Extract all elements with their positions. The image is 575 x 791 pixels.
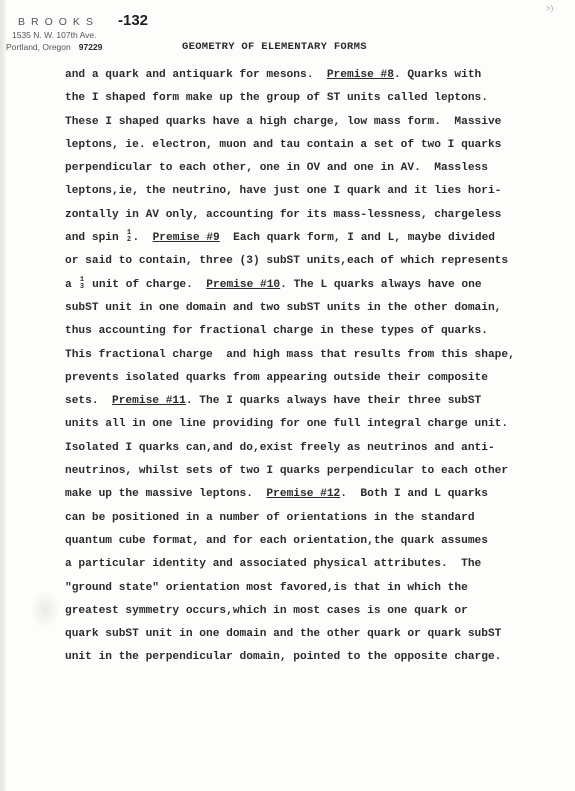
text-segment: can be positioned in a number of orienta…: [65, 512, 475, 524]
text-line: sets. Premise #11. The I quarks always h…: [65, 390, 565, 413]
text-line: These I shaped quarks have a high charge…: [65, 111, 565, 134]
text-line: zontally in AV only, accounting for its …: [65, 204, 565, 227]
letterhead-zip: 97229: [79, 42, 103, 52]
text-segment: unit in the perpendicular domain, pointe…: [65, 651, 501, 663]
document-body: and a quark and antiquark for mesons. Pr…: [65, 64, 565, 670]
text-segment: greatest symmetry occurs,which in most c…: [65, 605, 468, 617]
text-line: This fractional charge and high mass tha…: [65, 344, 565, 367]
text-line: leptons, ie. electron, muon and tau cont…: [65, 134, 565, 157]
text-segment: zontally in AV only, accounting for its …: [65, 209, 501, 221]
text-segment: . The I quarks always have their three s…: [186, 395, 481, 407]
text-segment: neutrinos, whilst sets of two I quarks p…: [65, 465, 508, 477]
premise-label: Premise #9: [153, 232, 220, 244]
text-segment: These I shaped quarks have a high charge…: [65, 116, 501, 128]
text-segment: leptons, ie. electron, muon and tau cont…: [65, 139, 501, 151]
text-segment: Isolated I quarks can,and do,exist freel…: [65, 442, 495, 454]
text-segment: unit of charge.: [85, 279, 206, 291]
text-segment: and a quark and antiquark for mesons.: [65, 69, 327, 81]
scan-left-edge: [0, 0, 6, 791]
text-line: subST unit in one domain and two subST u…: [65, 297, 565, 320]
text-line: quark subST unit in one domain and the o…: [65, 623, 565, 646]
premise-label: Premise #11: [112, 395, 186, 407]
text-segment: subST unit in one domain and two subST u…: [65, 302, 501, 314]
text-line: or said to contain, three (3) subST unit…: [65, 250, 565, 273]
text-segment: sets.: [65, 395, 112, 407]
scan-smudge: [30, 590, 60, 630]
text-line: a particular identity and associated phy…: [65, 553, 565, 576]
text-segment: This fractional charge and high mass tha…: [65, 349, 515, 361]
text-segment: or said to contain, three (3) subST unit…: [65, 255, 508, 267]
text-segment: . The L quarks always have one: [280, 279, 481, 291]
text-line: greatest symmetry occurs,which in most c…: [65, 600, 565, 623]
text-segment: a: [65, 279, 78, 291]
text-line: the I shaped form make up the group of S…: [65, 87, 565, 110]
letterhead-name: BROOKS: [18, 16, 99, 28]
text-line: perpendicular to each other, one in OV a…: [65, 157, 565, 180]
text-line: a 13 unit of charge. Premise #10. The L …: [65, 274, 565, 297]
text-line: and a quark and antiquark for mesons. Pr…: [65, 64, 565, 87]
text-segment: leptons,ie, the neutrino, have just one …: [65, 185, 501, 197]
premise-label: Premise #12: [266, 488, 340, 500]
document-title: GEOMETRY OF ELEMENTARY FORMS: [182, 41, 367, 53]
corner-pencil-mark: >): [546, 4, 553, 13]
letterhead-city-line: Portland, Oregon97229: [6, 42, 102, 52]
text-line: quantum cube format, and for each orient…: [65, 530, 565, 553]
handwritten-page-number: -132: [118, 12, 148, 29]
text-line: and spin 12. Premise #9 Each quark form,…: [65, 227, 565, 250]
text-line: leptons,ie, the neutrino, have just one …: [65, 180, 565, 203]
text-line: thus accounting for fractional charge in…: [65, 320, 565, 343]
text-segment: units all in one line providing for one …: [65, 418, 508, 430]
letterhead-city: Portland, Oregon: [6, 42, 71, 52]
text-line: neutrinos, whilst sets of two I quarks p…: [65, 460, 565, 483]
text-segment: perpendicular to each other, one in OV a…: [65, 162, 488, 174]
text-segment: . Quarks with: [394, 69, 481, 81]
text-line: can be positioned in a number of orienta…: [65, 507, 565, 530]
text-segment: make up the massive leptons.: [65, 488, 266, 500]
premise-label: Premise #10: [206, 279, 280, 291]
text-segment: a particular identity and associated phy…: [65, 558, 481, 570]
text-line: unit in the perpendicular domain, pointe…: [65, 646, 565, 669]
text-line: make up the massive leptons. Premise #12…: [65, 483, 565, 506]
text-segment: and spin: [65, 232, 125, 244]
text-segment: . Both I and L quarks: [340, 488, 488, 500]
text-line: Isolated I quarks can,and do,exist freel…: [65, 437, 565, 460]
text-segment: .: [132, 232, 152, 244]
text-line: units all in one line providing for one …: [65, 413, 565, 436]
text-segment: the I shaped form make up the group of S…: [65, 92, 488, 104]
text-segment: quantum cube format, and for each orient…: [65, 535, 488, 547]
text-segment: thus accounting for fractional charge in…: [65, 325, 488, 337]
letterhead-address: 1535 N. W. 107th Ave.: [12, 30, 96, 40]
text-segment: "ground state" orientation most favored,…: [65, 582, 468, 594]
premise-label: Premise #8: [327, 69, 394, 81]
text-segment: prevents isolated quarks from appearing …: [65, 372, 488, 384]
text-segment: Each quark form, I and L, maybe divided: [220, 232, 495, 244]
text-segment: quark subST unit in one domain and the o…: [65, 628, 501, 640]
text-line: "ground state" orientation most favored,…: [65, 577, 565, 600]
text-line: prevents isolated quarks from appearing …: [65, 367, 565, 390]
